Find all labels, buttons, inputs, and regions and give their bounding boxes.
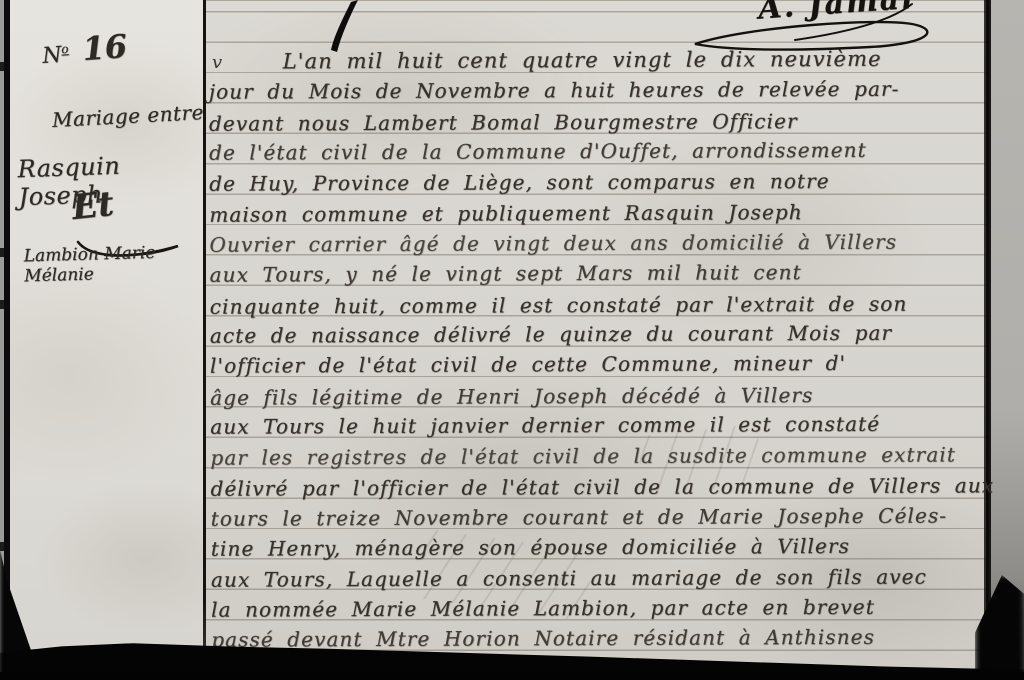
act-body-text: L'an mil huit cent quatre vingt le dix n… (209, 43, 988, 680)
handwritten-line: âge fils légitime de Henri Joseph décédé… (210, 379, 986, 413)
page-edge-line (989, 0, 991, 672)
handwritten-line: délivré par l'officier de l'état civil d… (210, 470, 986, 504)
act-number-label: N (42, 43, 63, 69)
handwritten-line: maison commune et publiquement Rasquin J… (209, 196, 985, 230)
handwritten-line: cinquante huit, comme il est constaté pa… (210, 288, 986, 322)
handwritten-line: tours le treize Novembre courant et de M… (211, 500, 987, 534)
handwritten-line: de Huy, Province de Liège, sont comparus… (209, 165, 985, 199)
signature-flourish (540, 0, 1024, 62)
handwritten-line: l'officier de l'état civil de cette Comm… (210, 348, 986, 382)
signature-block: A. Jamar (540, 0, 1024, 62)
handwritten-line: aux Tours, Laquelle a consenti au mariag… (211, 562, 987, 596)
handwritten-line: de l'état civil de la Commune d'Ouffet, … (209, 135, 985, 169)
handwritten-line: devant nous Lambert Bomal Bourgmestre Of… (209, 105, 985, 139)
scanned-marriage-record: No16 Mariage entre Rasquin Joseph Et Lam… (0, 0, 1024, 680)
margin-rule-line (203, 0, 206, 664)
handwritten-line: acte de naissance délivré le quinze du c… (210, 317, 986, 351)
handwritten-line: par les registres de l'état civil de la … (210, 439, 986, 473)
handwritten-line: aux Tours, y né le vingt sept Mars mil h… (210, 256, 986, 290)
scan-bottom-shadow (0, 672, 1024, 680)
handwritten-line: jour du Mois de Novembre a huit heures d… (209, 74, 985, 108)
margin-title: Mariage entre (51, 100, 204, 132)
register-margin-column: No16 Mariage entre Rasquin Joseph Et Lam… (10, 0, 204, 680)
ink-smudge (637, 424, 763, 496)
handwritten-line: Ouvrier carrier âgé de vingt deux ans do… (209, 226, 985, 260)
act-number-value: 16 (67, 27, 128, 69)
handwritten-line: tine Henry, ménagère son épouse domicili… (211, 530, 987, 564)
film-notch (0, 300, 4, 309)
film-notch (0, 542, 4, 551)
scan-right-band (991, 0, 1024, 680)
handwritten-line: aux Tours le huit janvier dernier comme … (210, 409, 986, 443)
film-notch (0, 248, 4, 257)
act-number: No16 (41, 27, 128, 71)
film-notch (0, 62, 4, 71)
pen-stroke-mark (322, 0, 382, 56)
margin-bride-name: Lambion Marie Mélanie (24, 242, 205, 287)
margin-conjunction: Et (70, 184, 116, 228)
handwritten-line: la nommée Marie Mélanie Lambion, par act… (211, 591, 987, 625)
